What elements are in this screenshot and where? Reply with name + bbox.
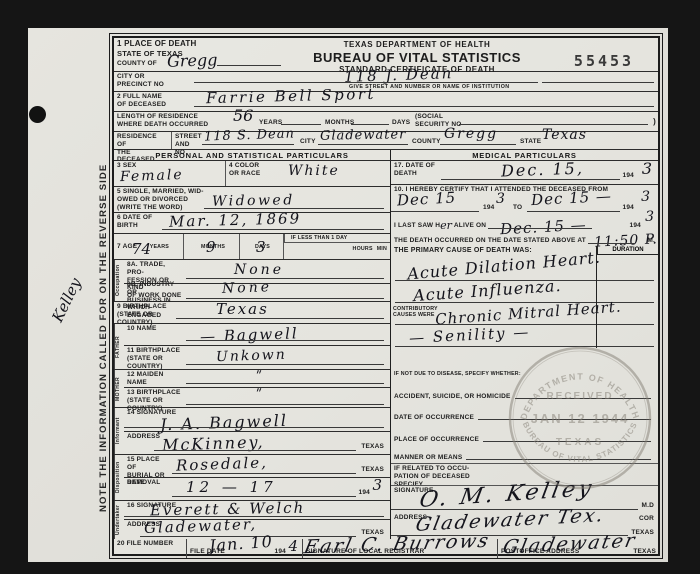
lastsaw-year: 3	[645, 209, 654, 225]
burial-label: 15 PLACE OF BURIAL OR REMOVAL	[124, 455, 172, 477]
cor-label: COR	[639, 515, 654, 523]
field-not-disease: IF NOT DUE TO DISEASE, SPECIFY WHETHER:	[391, 370, 658, 382]
field-manner-means: MANNER OR MEANS	[391, 445, 658, 463]
age-months-value: 9	[206, 238, 216, 256]
street-no-value: 118 S. Dean	[204, 126, 295, 144]
maiden-label: 12 MAIDEN NAME	[124, 370, 186, 387]
field-age: 7 AGE YEARS 74 MONTHS 9 DAYS 3 IF LESS T…	[114, 234, 390, 260]
certificate-form: 1 PLACE OF DEATH STATE OF TEXAS COUNTY O…	[112, 36, 660, 556]
city-precinct-label: CITY OR PRECINCT NO	[114, 72, 194, 91]
field-certify: 10. I HEREBY CERTIFY THAT I ATTENDED THE…	[391, 185, 658, 215]
months-label: MONTHS	[325, 119, 354, 127]
street-no-label: STREET AND NO	[172, 132, 202, 149]
length-label: LENGTH OF RESIDENCE WHERE DEATH OCCURRED	[114, 112, 219, 131]
burial-value: Rosedale,	[176, 453, 268, 474]
residence-label: RESIDENCE OF THE DECEASED	[114, 132, 172, 149]
county-label: COUNTY OF	[117, 60, 157, 68]
burial-date-value: 12 — 17	[186, 478, 277, 496]
date-occurrence-label: DATE OF OCCURRENCE	[394, 414, 474, 422]
field-place-occurrence: PLACE OF OCCURRENCE	[391, 423, 658, 445]
manner-means-label: MANNER OR MEANS	[394, 454, 462, 462]
industry-value: None	[222, 279, 273, 297]
informant-side-label: Informant	[114, 408, 124, 454]
group-mother: MOTHER 12 MAIDEN NAME ʺ 13 BIRTHPLACE (S…	[114, 370, 390, 408]
age-min-label: MIN	[377, 246, 387, 252]
field-informant-address: ADDRESS McKinney, TEXAS	[124, 432, 390, 454]
father-bp-value: Unkown	[216, 347, 287, 365]
mother-bp-label: 13 BIRTHPLACE (STATE OR COUNTRY)	[124, 388, 186, 408]
state-label: STATE	[520, 138, 541, 146]
city-label2: CITY	[300, 138, 316, 146]
ssn-close-paren: )	[653, 117, 656, 127]
race-value: White	[288, 163, 340, 179]
burial-date-year: 3	[372, 476, 382, 494]
group-disposition: Disposition 15 PLACE OF BURIAL OR REMOVA…	[114, 455, 390, 501]
certify-from-value: Dec 15	[397, 188, 457, 209]
margin-annotation: Kelley	[48, 245, 99, 325]
informant-addr-state: TEXAS	[361, 443, 384, 451]
field-date-occurrence: DATE OF OCCURRENCE	[391, 402, 658, 423]
lastsaw-year-print: 194	[630, 222, 641, 230]
place-of-death-block: 1 PLACE OF DEATH STATE OF TEXAS COUNTY O…	[114, 38, 284, 71]
burial-year-print: 194	[359, 489, 370, 497]
field-father-birthplace: 11 BIRTHPLACE (STATE OR COUNTRY) Unkown	[124, 346, 390, 369]
group-father: FATHER 10 NAME — Bagwell 11 BIRTHPLACE (…	[114, 324, 390, 370]
length-years-value: 56	[233, 106, 253, 125]
punch-hole	[29, 106, 46, 123]
dod-year: 3	[642, 159, 652, 178]
field-marital: 5 SINGLE, MARRIED, WID- OWED OR DIVORCED…	[114, 187, 390, 213]
contributory-label: CONTRIBUTORY CAUSES WERE	[393, 306, 435, 319]
certificate-number: 55453	[574, 52, 634, 70]
dod-label: 17. DATE OF DEATH	[391, 161, 441, 184]
state-value: Texas	[542, 127, 587, 143]
field-date-of-death: 17. DATE OF DEATH Dec. 15, 194 3	[391, 161, 658, 185]
undertaker-side-label: Undertaker	[114, 501, 124, 539]
reverse-side-note: NOTE THE INFORMATION CALLED FOR ON THE R…	[98, 128, 109, 548]
place-occurrence-label: PLACE OF OCCURRENCE	[394, 436, 479, 444]
md-label: M.D	[641, 502, 654, 510]
disposition-side-label: Disposition	[114, 455, 124, 500]
years-label: YEARS	[259, 119, 282, 127]
file-date-year-print: 194	[275, 548, 286, 556]
father-bp-label: 11 BIRTHPLACE (STATE OR COUNTRY)	[124, 346, 186, 369]
father-name-value: — Bagwell	[200, 324, 299, 345]
accident-label: ACCIDENT, SUICIDE, OR HOMICIDE	[394, 393, 511, 401]
age-years-label: YEARS	[150, 244, 169, 250]
industry-label: 8B. INDUSTRY OR BUSINESS IN WHICH ENGAGE…	[124, 280, 186, 302]
field-mother-birthplace: 13 BIRTHPLACE (STATE OR COUNTRY) ʺ	[124, 388, 390, 408]
burial-state: TEXAS	[361, 466, 384, 474]
field-burial-place: 15 PLACE OF BURIAL OR REMOVAL Rosedale, …	[124, 455, 390, 478]
father-side-label: FATHER	[114, 324, 124, 369]
not-disease-label: IF NOT DUE TO DISEASE, SPECIFY WHETHER:	[391, 370, 658, 382]
trade-value: None	[234, 262, 284, 278]
file-number-label: 20 FILE NUMBER	[114, 539, 186, 558]
certify-to-label: TO	[513, 204, 522, 212]
lastsaw-label1: I LAST SAW H	[394, 222, 440, 230]
age-less-label: IF LESS THAN 1 DAY	[284, 234, 390, 243]
dept-line2: BUREAU OF VITAL STATISTICS	[287, 50, 547, 66]
personal-section-title: PERSONAL AND STATISTICAL PARTICULARS	[114, 150, 391, 160]
days-label: DAYS	[392, 119, 410, 127]
certificate-paper: NOTE THE INFORMATION CALLED FOR ON THE R…	[28, 28, 668, 562]
field-father-name: 10 NAME — Bagwell	[124, 324, 390, 346]
informant-addr-value: McKinney,	[162, 433, 265, 456]
birth-value: Mar. 12, 1869	[169, 209, 302, 230]
birthplace-label: 9 BIRTHPLACE (STATE OR COUNTRY)	[114, 302, 176, 323]
field-full-name: 2 FULL NAME OF DECEASED Farrie Bell Spor…	[114, 92, 658, 112]
place-of-death-label: 1 PLACE OF DEATH	[117, 39, 281, 49]
certify-from-year: 3	[496, 191, 505, 207]
birthplace-value: Texas	[216, 300, 269, 318]
file-date-value: Jan. 10	[208, 532, 273, 555]
age-years-value: 74	[132, 240, 151, 258]
lastsaw-label2: ALIVE ON	[454, 222, 486, 230]
certify-to-year: 3	[641, 189, 650, 205]
field-date-of-birth: 6 DATE OF BIRTH Mar. 12, 1869	[114, 213, 390, 234]
informant-sig-value: J. A. Bagwell	[160, 411, 289, 434]
county-label2: COUNTY	[412, 138, 441, 146]
field-maiden-name: 12 MAIDEN NAME ʺ	[124, 370, 390, 388]
father-name-label: 10 NAME	[124, 324, 186, 345]
file-date-year: 4	[288, 537, 298, 555]
cause-of-death-area: DURATION CONTRIBUTORY CAUSES WERE Acute …	[391, 258, 658, 358]
certify-to-year-print: 194	[623, 204, 634, 212]
group-occupation: Occupation 8A. TRADE, PRO- FESSION OR KI…	[114, 260, 390, 302]
field-residence: RESIDENCE OF THE DECEASED STREET AND NO …	[114, 132, 658, 150]
field-birthplace: 9 BIRTHPLACE (STATE OR COUNTRY) Texas	[114, 302, 390, 324]
occupation-side-label: Occupation	[114, 260, 124, 301]
field-city-precinct: CITY OR PRECINCT NO 118 J. Dean GIVE STR…	[114, 72, 658, 92]
contrib-line2: — Senility —	[409, 323, 531, 347]
age-days-value: 3	[256, 238, 266, 256]
county-value: Gregg	[167, 50, 218, 71]
county-value2: Gregg	[444, 126, 498, 142]
certificate-number-block: 55453	[550, 38, 658, 71]
age-hours-label: HOURS	[353, 246, 373, 252]
field-sex-race: 3 SEX Female 4 COLOR OR RACE White	[114, 161, 390, 187]
duration-label: DURATION	[597, 246, 658, 255]
mother-side-label: MOTHER	[114, 370, 124, 407]
city-value2: Gladewater	[320, 127, 407, 144]
medical-section-title: MEDICAL PARTICULARS	[391, 150, 658, 160]
field-last-saw: I LAST SAW H er ALIVE ON Dec. 15 — 194 3	[391, 215, 658, 231]
sex-value: Female	[120, 167, 184, 185]
mother-bp-value: ʺ	[256, 388, 262, 403]
field-death-time: THE DEATH OCCURRED ON THE DATE STATED AB…	[391, 231, 658, 246]
group-informant: Informant 14 SIGNATURE J. A. Bagwell AD	[114, 408, 390, 455]
dept-line1: TEXAS DEPARTMENT OF HEALTH	[287, 40, 547, 50]
medical-column: 17. DATE OF DEATH Dec. 15, 194 3 10. I H…	[391, 161, 658, 539]
personal-column: 3 SEX Female 4 COLOR OR RACE White 5 SIN…	[114, 161, 391, 539]
dod-year-print: 194	[623, 172, 634, 180]
full-name-label: 2 FULL NAME OF DECEASED	[114, 92, 194, 111]
field-burial-date: DATE 12 — 17 194 3	[124, 478, 390, 500]
duration-box: DURATION	[596, 246, 658, 348]
field-accident: ACCIDENT, SUICIDE, OR HOMICIDE	[391, 382, 658, 402]
full-name-value: Farrie Bell Sport	[206, 85, 376, 107]
occurred-label: THE DEATH OCCURRED ON THE DATE STATED AB…	[394, 237, 586, 245]
field-undertaker-signature: 16 SIGNATURE Everett & Welch	[124, 501, 390, 520]
certify-from-year-print: 194	[483, 204, 494, 212]
burial-date-label: DATE	[124, 478, 172, 500]
bottom-row: 20 FILE NUMBER FILE DATE Jan. 10 194 4 S…	[114, 539, 658, 558]
dod-value: Dec. 15,	[501, 159, 584, 181]
certify-to-value: Dec 15 —	[531, 187, 613, 209]
postoffice-state: TEXAS	[633, 548, 656, 556]
spacer-row	[391, 358, 658, 370]
field-informant-signature: 14 SIGNATURE J. A. Bagwell	[124, 408, 390, 432]
